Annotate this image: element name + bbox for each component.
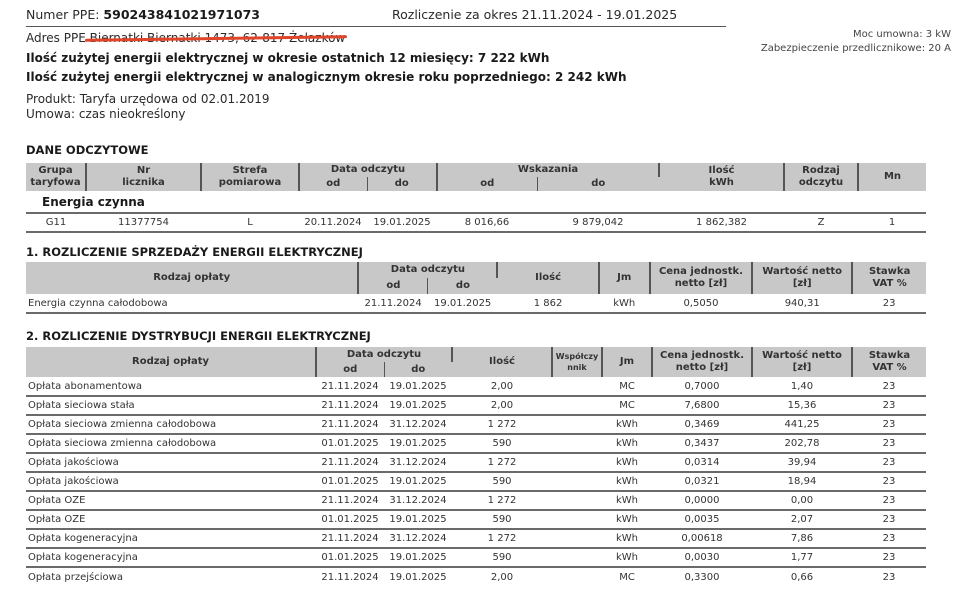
- cell-qty: 1 272: [452, 529, 552, 548]
- cell-vat: 23: [852, 415, 926, 434]
- col-price: Cena jednostk.netto [zł]: [652, 347, 752, 377]
- cell-net: 0,66: [752, 567, 852, 586]
- cell-qty: 590: [452, 548, 552, 567]
- cell-qty: 2,00: [452, 377, 552, 396]
- usage-prev-year: Ilość zużytej energii elektrycznej w ana…: [26, 70, 627, 84]
- table-row: Opłata kogeneracyjna01.01.202519.01.2025…: [26, 548, 926, 567]
- cell-factor: [552, 567, 602, 586]
- col-mn: Mn: [858, 163, 926, 191]
- distribution-title: 2. ROZLICZENIE DYSTRYBUCJI ENERGII ELEKT…: [26, 329, 371, 343]
- invoice-header: Numer PPE: 590243841021971073 Rozliczeni…: [26, 6, 726, 26]
- cell-name: Opłata kogeneracyjna: [26, 548, 316, 567]
- cell-to: 19.01.2025: [384, 434, 452, 453]
- table-row: Opłata jakościowa21.11.202431.12.20241 2…: [26, 453, 926, 472]
- cell-price: 7,6800: [652, 396, 752, 415]
- cell-net: 940,31: [752, 294, 852, 313]
- col-date-from: od: [299, 177, 367, 191]
- cell-vat: 23: [852, 510, 926, 529]
- cell-qty: 1 272: [452, 453, 552, 472]
- cell-unit: kWh: [602, 491, 652, 510]
- cell-price: 0,3469: [652, 415, 752, 434]
- cell-unit: kWh: [602, 434, 652, 453]
- cell-net: 39,94: [752, 453, 852, 472]
- cell-qty: 590: [452, 434, 552, 453]
- col-date-from: od: [316, 362, 384, 377]
- col-read-date: Data odczytu: [358, 262, 497, 278]
- cell-vat: 23: [852, 453, 926, 472]
- cell-unit: MC: [602, 396, 652, 415]
- table-row: Energia czynna całodobowa21.11.202419.01…: [26, 294, 926, 313]
- col-date-to: do: [384, 362, 452, 377]
- col-ind-to: do: [537, 177, 659, 191]
- col-unit: Jm: [599, 262, 650, 294]
- cell-vat: 23: [852, 567, 926, 586]
- col-read-date: Data odczytu: [299, 163, 437, 177]
- cell-qty: 590: [452, 510, 552, 529]
- billing-period: Rozliczenie za okres 21.11.2024 - 19.01.…: [392, 7, 677, 22]
- cell-ind-to: 9 879,042: [537, 213, 659, 232]
- cell-factor: [552, 548, 602, 567]
- cell-factor: [552, 453, 602, 472]
- cell-to: 19.01.2025: [384, 510, 452, 529]
- col-amount: IlośćkWh: [659, 163, 784, 191]
- cell-vat: 23: [852, 529, 926, 548]
- cell-factor: [552, 510, 602, 529]
- cell-price: 0,00618: [652, 529, 752, 548]
- cell-date-from: 20.11.2024: [299, 213, 367, 232]
- energy-type-subheader: Energia czynna: [26, 191, 926, 213]
- cell-vat: 23: [852, 491, 926, 510]
- product-name: Produkt: Taryfa urzędowa od 02.01.2019: [26, 92, 270, 107]
- cell-price: 0,3437: [652, 434, 752, 453]
- cell-from: 21.11.2024: [316, 491, 384, 510]
- cell-vat: 23: [852, 396, 926, 415]
- cell-price: 0,7000: [652, 377, 752, 396]
- cell-name: Opłata sieciowa zmienna całodobowa: [26, 434, 316, 453]
- distribution-table: Rodzaj opłaty Data odczytu Ilość Współcz…: [26, 347, 926, 586]
- cell-amount: 1 862,382: [659, 213, 784, 232]
- col-fee-type: Rodzaj opłaty: [26, 347, 316, 377]
- cell-unit: kWh: [602, 548, 652, 567]
- cell-from: 01.01.2025: [316, 472, 384, 491]
- cell-net: 1,40: [752, 377, 852, 396]
- col-group: Grupataryfowa: [26, 163, 86, 191]
- cell-unit: kWh: [602, 453, 652, 472]
- col-price: Cena jednostk.netto [zł]: [650, 262, 752, 294]
- cell-to: 19.01.2025: [428, 294, 498, 313]
- cell-net: 15,36: [752, 396, 852, 415]
- cell-qty: 1 862: [497, 294, 598, 313]
- cell-factor: [552, 434, 602, 453]
- col-indications: Wskazania: [437, 163, 659, 177]
- cell-price: 0,0035: [652, 510, 752, 529]
- cell-factor: [552, 529, 602, 548]
- cell-net: 7,86: [752, 529, 852, 548]
- cell-zone: L: [201, 213, 299, 232]
- cell-name: Opłata sieciowa stała: [26, 396, 316, 415]
- cell-price: 0,0000: [652, 491, 752, 510]
- cell-price: 0,3300: [652, 567, 752, 586]
- col-factor: Współczynnik: [552, 347, 602, 377]
- cell-from: 01.01.2025: [316, 548, 384, 567]
- cell-qty: 2,00: [452, 396, 552, 415]
- table-row: Opłata sieciowa zmienna całodobowa01.01.…: [26, 434, 926, 453]
- cell-to: 19.01.2025: [384, 548, 452, 567]
- cell-net: 2,07: [752, 510, 852, 529]
- cell-ind-from: 8 016,66: [437, 213, 537, 232]
- table-row: Opłata kogeneracyjna21.11.202431.12.2024…: [26, 529, 926, 548]
- cell-from: 21.11.2024: [316, 453, 384, 472]
- cell-name: Opłata przejściowa: [26, 567, 316, 586]
- cell-meter: 11377754: [86, 213, 201, 232]
- cell-name: Opłata jakościowa: [26, 472, 316, 491]
- header-divider: [26, 26, 726, 27]
- sales-table: Rodzaj opłaty Data odczytu Ilość Jm Cena…: [26, 262, 926, 314]
- col-meter: Nrlicznika: [86, 163, 201, 191]
- cell-to: 19.01.2025: [384, 567, 452, 586]
- cell-type: Z: [784, 213, 858, 232]
- cell-from: 21.11.2024: [316, 529, 384, 548]
- sales-title: 1. ROZLICZENIE SPRZEDAŻY ENERGII ELEKTRY…: [26, 245, 363, 259]
- cell-unit: kWh: [602, 415, 652, 434]
- col-ind-from: od: [437, 177, 537, 191]
- cell-factor: [552, 396, 602, 415]
- cell-from: 21.11.2024: [358, 294, 428, 313]
- cell-price: 0,0030: [652, 548, 752, 567]
- table-row: Opłata OZE01.01.202519.01.2025590kWh0,00…: [26, 510, 926, 529]
- cell-to: 31.12.2024: [384, 491, 452, 510]
- col-date-from: od: [358, 278, 428, 294]
- cell-from: 21.11.2024: [316, 396, 384, 415]
- cell-unit: kWh: [599, 294, 650, 313]
- contract-fuse: Zabezpieczenie przedlicznikowe: 20 A: [761, 42, 951, 56]
- cell-group: G11: [26, 213, 86, 232]
- cell-net: 441,25: [752, 415, 852, 434]
- cell-price: 0,0314: [652, 453, 752, 472]
- cell-vat: 23: [852, 434, 926, 453]
- cell-from: 01.01.2025: [316, 434, 384, 453]
- cell-name: Opłata jakościowa: [26, 453, 316, 472]
- address-label: Adres PPE: [26, 31, 86, 45]
- cell-net: 202,78: [752, 434, 852, 453]
- ppe-number: Numer PPE: 590243841021971073: [26, 7, 260, 22]
- table-row: Opłata abonamentowa21.11.202419.01.20252…: [26, 377, 926, 396]
- cell-to: 31.12.2024: [384, 415, 452, 434]
- cell-factor: [552, 472, 602, 491]
- cell-unit: MC: [602, 377, 652, 396]
- table-row: G11 11377754 L 20.11.2024 19.01.2025 8 0…: [26, 213, 926, 232]
- cell-unit: MC: [602, 567, 652, 586]
- cell-factor: [552, 491, 602, 510]
- contract-info: Moc umowna: 3 kW Zabezpieczenie przedlic…: [761, 28, 951, 56]
- cell-qty: 1 272: [452, 415, 552, 434]
- cell-from: 01.01.2025: [316, 510, 384, 529]
- contract-power: Moc umowna: 3 kW: [761, 28, 951, 42]
- col-read-type: Rodzajodczytu: [784, 163, 858, 191]
- col-zone: Strefapomiarowa: [201, 163, 299, 191]
- cell-date-to: 19.01.2025: [367, 213, 437, 232]
- cell-vat: 23: [852, 472, 926, 491]
- ppe-label: Numer PPE:: [26, 7, 99, 22]
- cell-price: 0,5050: [650, 294, 752, 313]
- usage-last-12-months: Ilość zużytej energii elektrycznej w okr…: [26, 51, 549, 65]
- cell-net: 0,00: [752, 491, 852, 510]
- col-qty: Ilość: [497, 262, 598, 294]
- col-date-to: do: [428, 278, 498, 294]
- cell-factor: [552, 377, 602, 396]
- cell-to: 31.12.2024: [384, 529, 452, 548]
- readings-title: DANE ODCZYTOWE: [26, 143, 149, 157]
- table-row: Opłata jakościowa01.01.202519.01.2025590…: [26, 472, 926, 491]
- cell-factor: [552, 415, 602, 434]
- product-info: Produkt: Taryfa urzędowa od 02.01.2019 U…: [26, 92, 270, 122]
- table-row: Opłata sieciowa zmienna całodobowa21.11.…: [26, 415, 926, 434]
- cell-to: 19.01.2025: [384, 377, 452, 396]
- cell-to: 19.01.2025: [384, 472, 452, 491]
- cell-unit: kWh: [602, 510, 652, 529]
- cell-to: 31.12.2024: [384, 453, 452, 472]
- cell-name: Opłata sieciowa zmienna całodobowa: [26, 415, 316, 434]
- table-row: Opłata OZE21.11.202431.12.20241 272kWh0,…: [26, 491, 926, 510]
- ppe-value: 590243841021971073: [103, 7, 260, 22]
- cell-qty: 1 272: [452, 491, 552, 510]
- contract-type: Umowa: czas nieokreślony: [26, 107, 270, 122]
- cell-net: 1,77: [752, 548, 852, 567]
- col-vat: StawkaVAT %: [852, 347, 926, 377]
- table-row: Opłata przejściowa21.11.202419.01.20252,…: [26, 567, 926, 586]
- cell-unit: kWh: [602, 472, 652, 491]
- table-row: Opłata sieciowa stała21.11.202419.01.202…: [26, 396, 926, 415]
- cell-name: Opłata kogeneracyjna: [26, 529, 316, 548]
- cell-from: 21.11.2024: [316, 377, 384, 396]
- cell-price: 0,0321: [652, 472, 752, 491]
- cell-vat: 23: [852, 294, 926, 313]
- cell-vat: 23: [852, 377, 926, 396]
- col-date-to: do: [367, 177, 437, 191]
- cell-qty: 2,00: [452, 567, 552, 586]
- cell-name: Opłata OZE: [26, 510, 316, 529]
- readings-table: Grupataryfowa Nrlicznika Strefapomiarowa…: [26, 163, 926, 233]
- cell-from: 21.11.2024: [316, 415, 384, 434]
- col-unit: Jm: [602, 347, 652, 377]
- col-net: Wartość netto[zł]: [752, 262, 852, 294]
- cell-to: 19.01.2025: [384, 396, 452, 415]
- col-fee-type: Rodzaj opłaty: [26, 262, 358, 294]
- cell-net: 18,94: [752, 472, 852, 491]
- cell-name: Energia czynna całodobowa: [26, 294, 358, 313]
- cell-from: 21.11.2024: [316, 567, 384, 586]
- col-qty: Ilość: [452, 347, 552, 377]
- cell-unit: kWh: [602, 529, 652, 548]
- col-net: Wartość netto[zł]: [752, 347, 852, 377]
- cell-mn: 1: [858, 213, 926, 232]
- cell-qty: 590: [452, 472, 552, 491]
- cell-name: Opłata OZE: [26, 491, 316, 510]
- col-read-date: Data odczytu: [316, 347, 452, 362]
- cell-name: Opłata abonamentowa: [26, 377, 316, 396]
- cell-vat: 23: [852, 548, 926, 567]
- col-vat: StawkaVAT %: [852, 262, 926, 294]
